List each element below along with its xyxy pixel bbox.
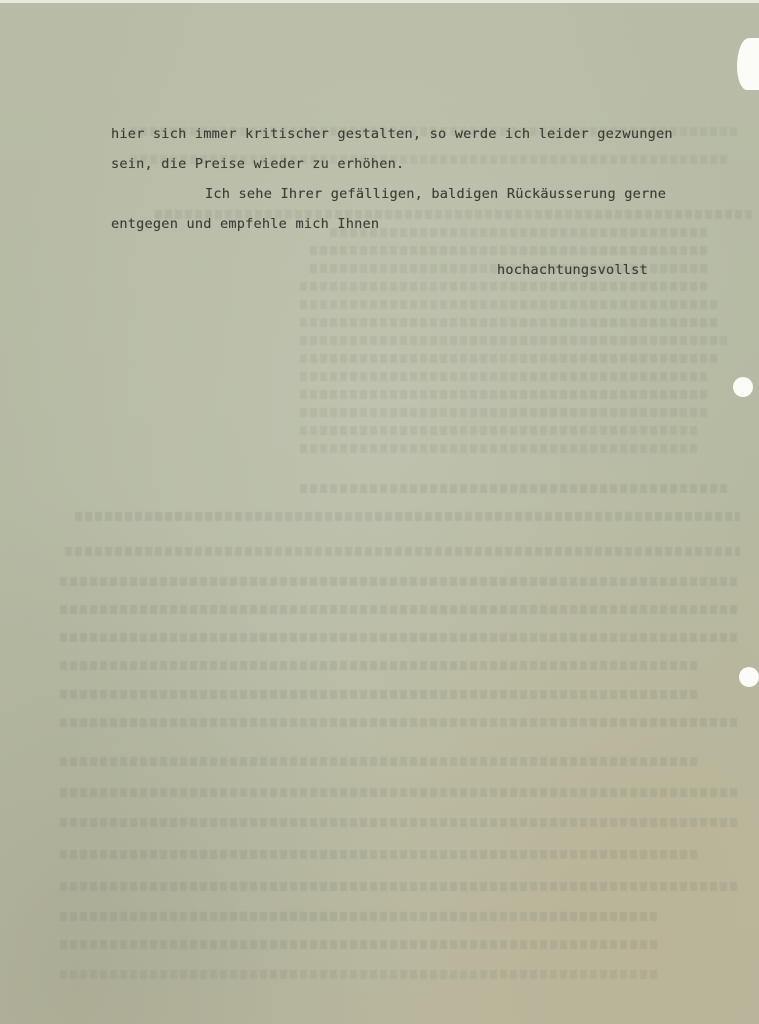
letter-page: hier sich immer kritischer gestalten, so… — [0, 0, 759, 1024]
reverse-side-bleed-through — [0, 0, 759, 1024]
letter-line-3: Ich sehe Ihrer gefälligen, baldigen Rück… — [205, 188, 666, 202]
closing-salutation: hochachtungsvollst — [497, 264, 648, 278]
punch-hole-upper — [733, 377, 753, 397]
letter-line-4: entgegen und empfehle mich Ihnen — [111, 218, 379, 232]
punch-hole-lower — [739, 667, 759, 687]
letter-line-2: sein, die Preise wieder zu erhöhen. — [111, 158, 404, 172]
letter-line-1: hier sich immer kritischer gestalten, so… — [111, 128, 673, 142]
corner-tear — [737, 38, 759, 90]
